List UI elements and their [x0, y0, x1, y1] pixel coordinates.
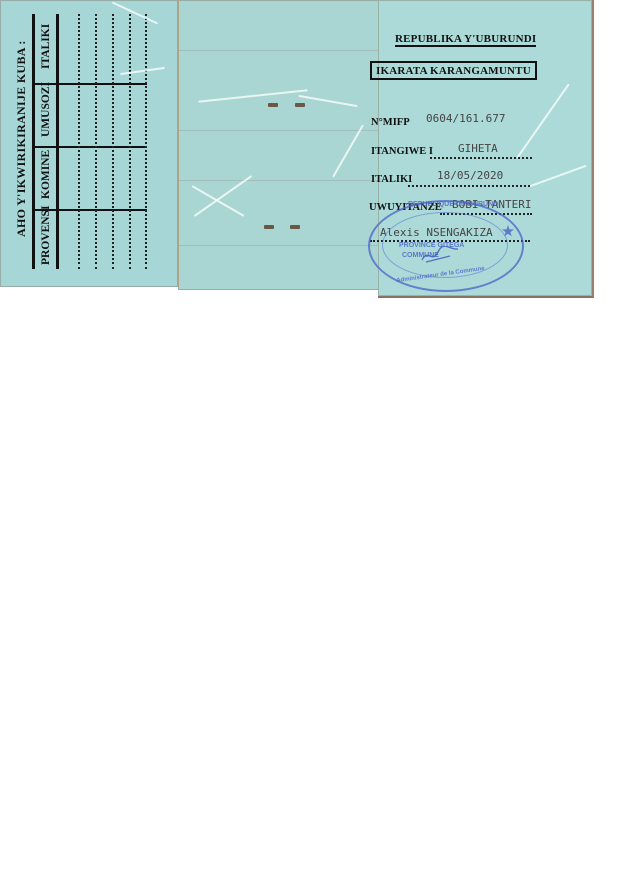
fold-line [178, 130, 380, 131]
paper-wrinkle [529, 165, 586, 187]
date-value: 18/05/2020 [437, 169, 503, 182]
card-title: IKARATA KARANGAMUNTU [370, 61, 537, 80]
address-history-table: AHO Y'IKWIRIKIRANIJE KUBA : PROVENSI KOM… [0, 0, 178, 287]
table-row [78, 14, 80, 269]
table-header-divider [56, 14, 59, 269]
stamp-top-text: REPUBLIQUE DU BURUNDI [408, 201, 500, 208]
star-icon [502, 225, 514, 237]
republic-heading: REPUBLIKA Y'UBURUNDI [395, 33, 536, 47]
fold-line [178, 180, 380, 181]
table-row [95, 14, 97, 269]
issued-at-label: ITANGIWE I [371, 146, 433, 157]
table-border-top [32, 14, 35, 269]
date-label: ITALIKI [371, 174, 412, 185]
paper-wrinkle [194, 175, 252, 217]
staple-icon [295, 103, 305, 107]
fold-line [178, 50, 380, 51]
table-row [129, 14, 131, 269]
column-header-komine: KOMINE [40, 150, 52, 199]
table-row [112, 14, 114, 269]
column-header-provensi: PROVENSI [40, 206, 52, 265]
staple-icon [264, 225, 274, 229]
staple-icon [290, 225, 300, 229]
left-panel-address-history: AHO Y'IKWIRIKIRANIJE KUBA : PROVENSI KOM… [0, 0, 178, 287]
issued-at-line [430, 157, 532, 159]
column-header-umusozi: UMUSOZI [40, 82, 52, 137]
issued-at-value: GIHETA [458, 142, 498, 155]
table-row [145, 14, 147, 269]
date-line [408, 185, 530, 187]
signature-icon [420, 246, 460, 264]
number-label: N°MIFP [371, 117, 410, 128]
number-value: 0604/161.677 [426, 112, 505, 125]
paper-wrinkle [332, 125, 364, 178]
fold-line [178, 245, 380, 246]
column-header-italiki: ITALIKI [40, 24, 52, 69]
address-history-title: AHO Y'IKWIRIKIRANIJE KUBA : [14, 40, 29, 237]
fold-crease [177, 0, 179, 287]
paper-wrinkle [298, 95, 357, 107]
staple-icon [268, 103, 278, 107]
paper-wrinkle [516, 84, 569, 159]
paper-wrinkle [198, 89, 308, 102]
middle-panel-blank [178, 0, 380, 290]
